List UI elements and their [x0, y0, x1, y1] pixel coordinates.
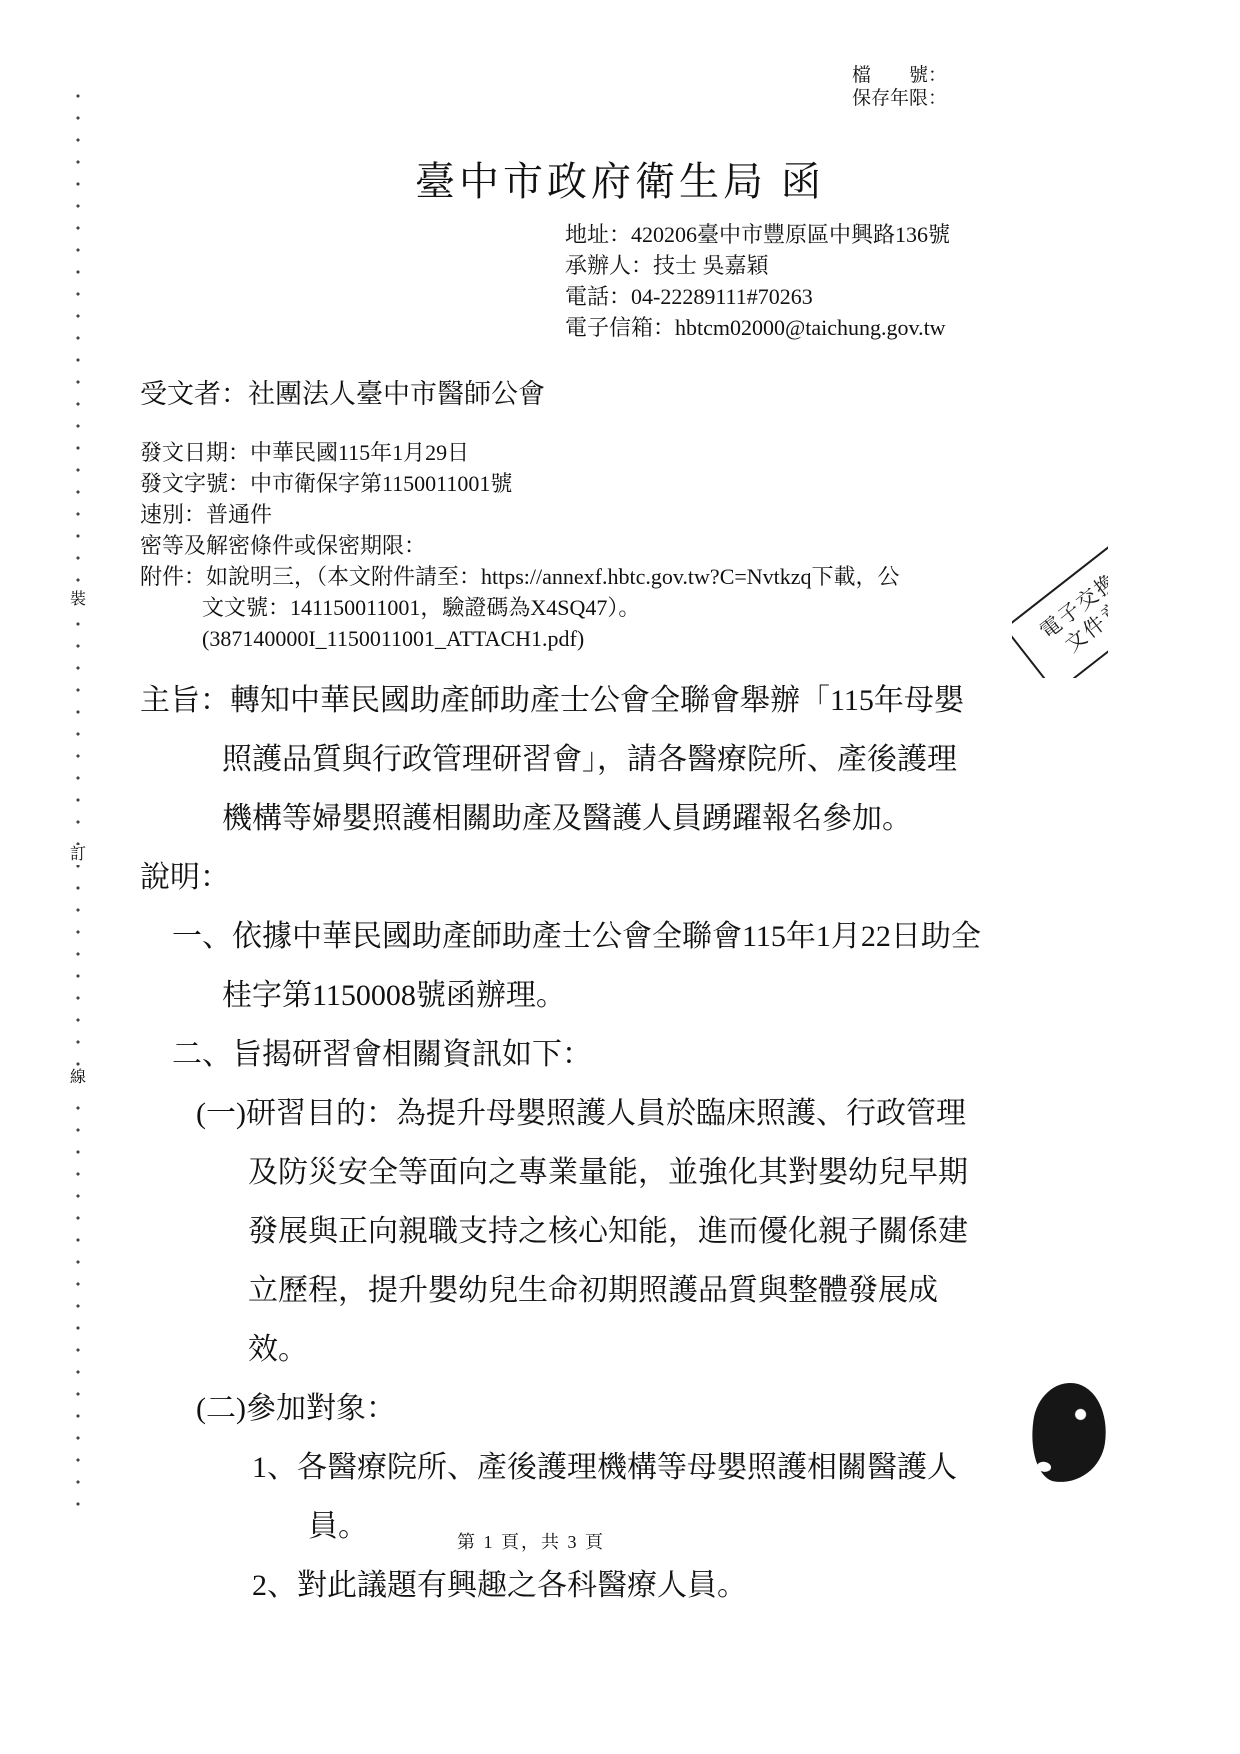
subject-line-1: 主旨：轉知中華民國助產師助產士公會全聯會舉辦「115年母嬰	[140, 671, 981, 730]
ink-seal-blob	[1025, 1378, 1112, 1487]
attachment-line-1: 附件：如說明三，（本文附件請至：https://annexf.hbtc.gov.…	[140, 561, 900, 592]
document-meta-block: 發文日期：中華民國115年1月29日 發文字號：中市衛保字第1150011001…	[140, 437, 900, 654]
address-line: 地址：420206臺中市豐原區中興路136號	[565, 219, 950, 250]
binding-mark-zhuang: 裝	[68, 590, 88, 610]
document-title: 臺中市政府衛生局 函	[0, 150, 1240, 207]
doc-number-line: 發文字號：中市衛保字第1150011001號	[140, 468, 900, 499]
sub-item-1-line-2: 及防災安全等面向之專業量能，並強化其對嬰幼兒早期	[140, 1143, 981, 1202]
subject-line-2: 照護品質與行政管理研習會」，請各醫療院所、產後護理	[140, 730, 981, 789]
explanation-item-2: 二、旨揭研習會相關資訊如下：	[140, 1025, 981, 1084]
electronic-exchange-stamp: 電子交換 文件章	[1012, 540, 1108, 678]
sub-item-2-heading: (二)參加對象：	[140, 1379, 981, 1438]
sub-item-1-line-1: (一)研習目的：為提升母嬰照護人員於臨床照護、行政管理	[140, 1084, 981, 1143]
explanation-item-1-line-1: 一、依據中華民國助產師助產士公會全聯會115年1月22日助全	[140, 907, 981, 966]
explanation-heading: 說明：	[140, 848, 981, 907]
target-item-2: 2、對此議題有興趣之各科醫療人員。	[140, 1556, 981, 1615]
document-body: 主旨：轉知中華民國助產師助產士公會全聯會舉辦「115年母嬰 照護品質與行政管理研…	[140, 671, 981, 1615]
target-item-1-line-1: 1、各醫療院所、產後護理機構等母嬰照護相關醫護人	[140, 1438, 981, 1497]
official-letter-page: 檔 號： 保存年限： 臺中市政府衛生局 函 地址：420206臺中市豐原區中興路…	[0, 0, 1240, 1754]
retention-period-label: 保存年限：	[852, 87, 947, 110]
email-line: 電子信箱：hbtcm02000@taichung.gov.tw	[565, 312, 950, 343]
sent-date-line: 發文日期：中華民國115年1月29日	[140, 437, 900, 468]
security-class-line: 密等及解密條件或保密期限：	[140, 530, 900, 561]
binding-mark-xian: 線	[68, 1068, 88, 1088]
recipient-line: 受文者：社團法人臺中市醫師公會	[140, 372, 545, 411]
agency-contact-block: 地址：420206臺中市豐原區中興路136號 承辦人：技士 吳嘉穎 電話：04-…	[565, 219, 950, 343]
binding-dotted-line	[76, 85, 80, 1523]
attachment-line-2: 文文號：141150011001，驗證碼為X4SQ47）。	[140, 592, 900, 623]
contact-person-line: 承辦人：技士 吳嘉穎	[565, 250, 950, 281]
sub-item-1-line-3: 發展與正向親職支持之核心知能，進而優化親子關係建	[140, 1202, 981, 1261]
page-number-footer: 第 1 頁，共 3 頁	[0, 1528, 1062, 1554]
attachment-filename: (387140000I_1150011001_ATTACH1.pdf)	[140, 623, 900, 654]
binding-mark-ding: 訂	[68, 845, 88, 865]
sub-item-1-line-4: 立歷程，提升嬰幼兒生命初期照護品質與整體發展成	[140, 1261, 981, 1320]
electronic-exchange-stamp-box: 電子交換 文件章	[1012, 540, 1108, 678]
subject-line-3: 機構等婦嬰照護相關助產及醫護人員踴躍報名參加。	[140, 789, 981, 848]
file-number-block: 檔 號： 保存年限：	[852, 64, 947, 110]
phone-line: 電話：04-22289111#70263	[565, 281, 950, 312]
speed-class-line: 速別：普通件	[140, 499, 900, 530]
file-number-label: 檔 號：	[852, 64, 947, 87]
explanation-item-1-line-2: 桂字第1150008號函辦理。	[140, 966, 981, 1025]
sub-item-1-line-5: 效。	[140, 1320, 981, 1379]
